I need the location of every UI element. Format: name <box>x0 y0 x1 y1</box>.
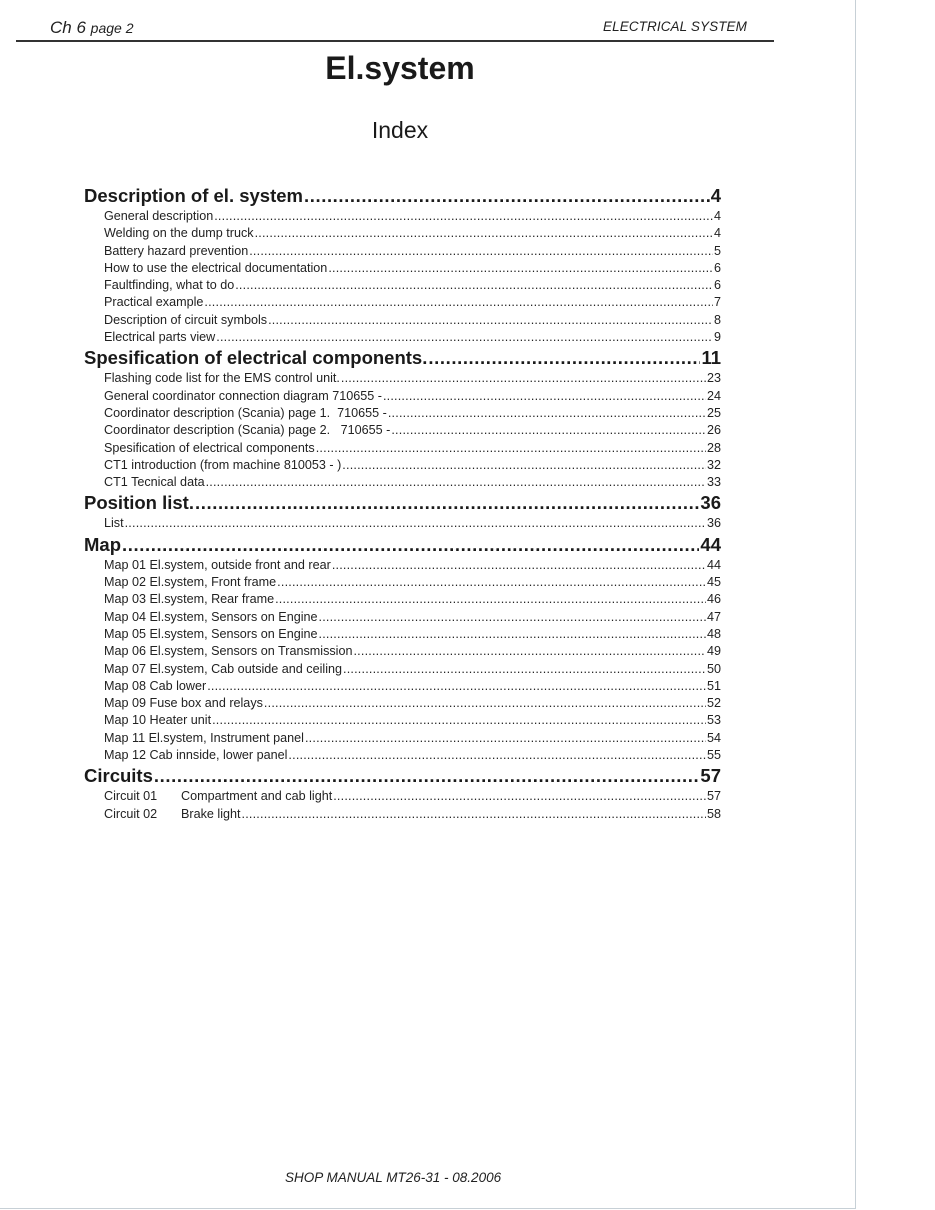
dot-leader <box>316 440 706 457</box>
page-subtitle: Index <box>0 117 800 144</box>
toc-item-title: Map 01 El.system, outside front and rear <box>104 558 331 572</box>
toc-item-entry[interactable]: Circuit 02Brake light58 <box>84 806 721 823</box>
toc-item-title: Map 05 El.system, Sensors on Engine <box>104 627 318 641</box>
toc-item-title: Compartment and cab light <box>181 789 332 803</box>
toc-section-page: 57 <box>700 764 721 788</box>
dot-leader <box>235 277 713 294</box>
dot-leader <box>304 184 710 208</box>
toc-item-page: 9 <box>714 329 721 346</box>
dot-leader <box>242 806 706 823</box>
toc-item-title: How to use the electrical documentation <box>104 261 327 275</box>
toc-item-page: 51 <box>707 678 721 695</box>
toc-item-page: 4 <box>714 208 721 225</box>
dot-leader <box>275 591 706 608</box>
toc-item-title: Battery hazard prevention <box>104 244 248 258</box>
header-rule <box>16 40 774 42</box>
toc-section-entry[interactable]: Map44 <box>84 533 721 557</box>
dot-leader <box>341 370 706 387</box>
toc-item-title: Map 06 El.system, Sensors on Transmissio… <box>104 644 352 658</box>
dot-leader <box>216 329 713 346</box>
toc-item-entry[interactable]: Map 05 El.system, Sensors on Engine48 <box>84 626 721 643</box>
toc-item-page: 50 <box>707 661 721 678</box>
dot-leader <box>391 422 706 439</box>
toc-item-title: Practical example <box>104 295 203 309</box>
dot-leader <box>388 405 706 422</box>
toc-item-title: Brake light <box>181 807 241 821</box>
dot-leader <box>333 788 706 805</box>
toc-item-title: General description <box>104 209 213 223</box>
toc-item-title: CT1 introduction (from machine 810053 - … <box>104 458 341 472</box>
toc-item-entry[interactable]: Map 10 Heater unit53 <box>84 712 721 729</box>
toc-item-page: 47 <box>707 609 721 626</box>
toc-item-page: 8 <box>714 312 721 329</box>
toc-item-entry[interactable]: Map 03 El.system, Rear frame46 <box>84 591 721 608</box>
toc-item-page: 44 <box>707 557 721 574</box>
dot-leader <box>343 661 706 678</box>
toc-item-entry[interactable]: General coordinator connection diagram 7… <box>84 388 721 405</box>
toc-item-title: Map 11 El.system, Instrument panel <box>104 731 304 745</box>
toc-item-entry[interactable]: Map 01 El.system, outside front and rear… <box>84 557 721 574</box>
toc-item-entry[interactable]: How to use the electrical documentation6 <box>84 260 721 277</box>
dot-leader <box>154 764 700 788</box>
toc-item-title: CT1 Tecnical data <box>104 475 205 489</box>
toc-section-entry[interactable]: Spesification of electrical components.1… <box>84 346 721 370</box>
dot-leader <box>342 457 706 474</box>
toc-item-entry[interactable]: Map 09 Fuse box and relays52 <box>84 695 721 712</box>
dot-leader <box>214 208 713 225</box>
toc-item-title: Electrical parts view <box>104 330 215 344</box>
toc-item-page: 7 <box>714 294 721 311</box>
toc-item-title: Map 03 El.system, Rear frame <box>104 592 274 606</box>
dot-leader <box>212 712 706 729</box>
toc-section-page: 4 <box>711 184 721 208</box>
dot-leader <box>206 474 706 491</box>
toc-item-title: Map 04 El.system, Sensors on Engine <box>104 610 318 624</box>
toc-item-page: 6 <box>714 277 721 294</box>
toc-item-title: Map 10 Heater unit <box>104 713 211 727</box>
toc-item-entry[interactable]: Flashing code list for the EMS control u… <box>84 370 721 387</box>
dot-leader <box>353 643 706 660</box>
toc-item-page: 5 <box>714 243 721 260</box>
toc-item-title: Coordinator description (Scania) page 1.… <box>104 406 387 420</box>
toc-item-page: 46 <box>707 591 721 608</box>
toc-item-page: 24 <box>707 388 721 405</box>
dot-leader <box>332 557 706 574</box>
toc-section-title: Position list. <box>84 491 194 515</box>
toc-item-entry[interactable]: Battery hazard prevention5 <box>84 243 721 260</box>
toc-item-entry[interactable]: Coordinator description (Scania) page 2.… <box>84 422 721 439</box>
toc-item-title: Map 12 Cab innside, lower panel <box>104 748 287 762</box>
page-title: El.system <box>0 50 800 87</box>
toc-item-number: Circuit 01 <box>104 788 181 805</box>
toc-item-entry[interactable]: Map 06 El.system, Sensors on Transmissio… <box>84 643 721 660</box>
toc-item-entry[interactable]: Map 02 El.system, Front frame45 <box>84 574 721 591</box>
toc-section-title: Circuits <box>84 764 153 788</box>
toc-item-page: 48 <box>707 626 721 643</box>
toc-section-page: 44 <box>700 533 721 557</box>
toc-item-entry[interactable]: Map 12 Cab innside, lower panel55 <box>84 747 721 764</box>
toc-item-page: 49 <box>707 643 721 660</box>
toc-section-entry[interactable]: Circuits57 <box>84 764 721 788</box>
toc-item-page: 4 <box>714 225 721 242</box>
toc-item-title: Description of circuit symbols <box>104 313 267 327</box>
toc-section-page: 11 <box>701 346 721 370</box>
toc-item-title: List <box>104 516 124 530</box>
toc-item-page: 55 <box>707 747 721 764</box>
dot-leader <box>288 747 706 764</box>
toc-item-title: Faultfinding, what to do <box>104 278 234 292</box>
toc-item-entry[interactable]: Spesification of electrical components28 <box>84 440 721 457</box>
dot-leader <box>268 312 713 329</box>
toc-section-entry[interactable]: Description of el. system4 <box>84 184 721 208</box>
chapter-label: Ch 6 <box>50 18 86 37</box>
toc-item-title: Welding on the dump truck <box>104 226 254 240</box>
toc-section-entry[interactable]: Position list.36 <box>84 491 721 515</box>
dot-leader <box>319 609 706 626</box>
table-of-contents: Description of el. system4General descri… <box>84 184 721 823</box>
toc-item-title: Coordinator description (Scania) page 2.… <box>104 423 390 437</box>
toc-item-title: Map 02 El.system, Front frame <box>104 575 276 589</box>
toc-section-page: 36 <box>700 491 721 515</box>
toc-item-title: Map 09 Fuse box and relays <box>104 696 263 710</box>
toc-item-entry[interactable]: Map 08 Cab lower51 <box>84 678 721 695</box>
toc-item-entry[interactable]: Practical example7 <box>84 294 721 311</box>
page-label: page 2 <box>91 20 134 36</box>
toc-item-page: 25 <box>707 405 721 422</box>
toc-item-entry[interactable]: CT1 introduction (from machine 810053 - … <box>84 457 721 474</box>
dot-leader <box>255 225 713 242</box>
toc-item-page: 58 <box>707 806 721 823</box>
toc-item-entry[interactable]: Description of circuit symbols8 <box>84 312 721 329</box>
dot-leader <box>249 243 713 260</box>
dot-leader <box>204 294 713 311</box>
toc-item-entry[interactable]: Welding on the dump truck4 <box>84 225 721 242</box>
dot-leader <box>122 533 699 557</box>
footer: SHOP MANUAL MT26-31 - 08.2006 <box>285 1170 501 1185</box>
toc-item-page: 45 <box>707 574 721 591</box>
dot-leader <box>428 346 700 370</box>
toc-item-page: 32 <box>707 457 721 474</box>
toc-item-entry[interactable]: List36 <box>84 515 721 532</box>
dot-leader <box>383 388 706 405</box>
dot-leader <box>264 695 706 712</box>
toc-item-page: 6 <box>714 260 721 277</box>
section-header: ELECTRICAL SYSTEM <box>603 19 747 34</box>
toc-item-page: 28 <box>707 440 721 457</box>
toc-item-entry[interactable]: Map 04 El.system, Sensors on Engine47 <box>84 609 721 626</box>
toc-item-entry[interactable]: Electrical parts view9 <box>84 329 721 346</box>
toc-item-entry[interactable]: Circuit 01Compartment and cab light57 <box>84 788 721 805</box>
toc-item-page: 23 <box>707 370 721 387</box>
toc-item-page: 36 <box>707 515 721 532</box>
page-edge-right <box>855 0 856 1209</box>
toc-item-entry[interactable]: General description4 <box>84 208 721 225</box>
dot-leader <box>207 678 706 695</box>
toc-item-entry[interactable]: Map 11 El.system, Instrument panel54 <box>84 730 721 747</box>
chapter-page-label: Ch 6 page 2 <box>50 18 133 38</box>
toc-item-title: General coordinator connection diagram 7… <box>104 389 382 403</box>
toc-item-page: 26 <box>707 422 721 439</box>
toc-item-entry[interactable]: Map 07 El.system, Cab outside and ceilin… <box>84 661 721 678</box>
toc-section-title: Map <box>84 533 121 557</box>
dot-leader <box>305 730 706 747</box>
toc-item-title: Spesification of electrical components <box>104 441 315 455</box>
dot-leader <box>277 574 706 591</box>
dot-leader <box>319 626 706 643</box>
toc-section-title: Description of el. system <box>84 184 303 208</box>
toc-item-page: 57 <box>707 788 721 805</box>
toc-section-title: Spesification of electrical components. <box>84 346 427 370</box>
toc-item-page: 54 <box>707 730 721 747</box>
toc-item-entry[interactable]: Faultfinding, what to do6 <box>84 277 721 294</box>
page-edge-bottom <box>0 1208 856 1209</box>
toc-item-title: Flashing code list for the EMS control u… <box>104 371 340 385</box>
toc-item-number: Circuit 02 <box>104 806 181 823</box>
toc-item-page: 52 <box>707 695 721 712</box>
dot-leader <box>195 491 699 515</box>
toc-item-entry[interactable]: Coordinator description (Scania) page 1.… <box>84 405 721 422</box>
toc-item-page: 53 <box>707 712 721 729</box>
dot-leader <box>328 260 713 277</box>
toc-item-title: Map 08 Cab lower <box>104 679 206 693</box>
toc-item-page: 33 <box>707 474 721 491</box>
dot-leader <box>125 515 706 532</box>
toc-item-title: Map 07 El.system, Cab outside and ceilin… <box>104 662 342 676</box>
toc-item-entry[interactable]: CT1 Tecnical data33 <box>84 474 721 491</box>
